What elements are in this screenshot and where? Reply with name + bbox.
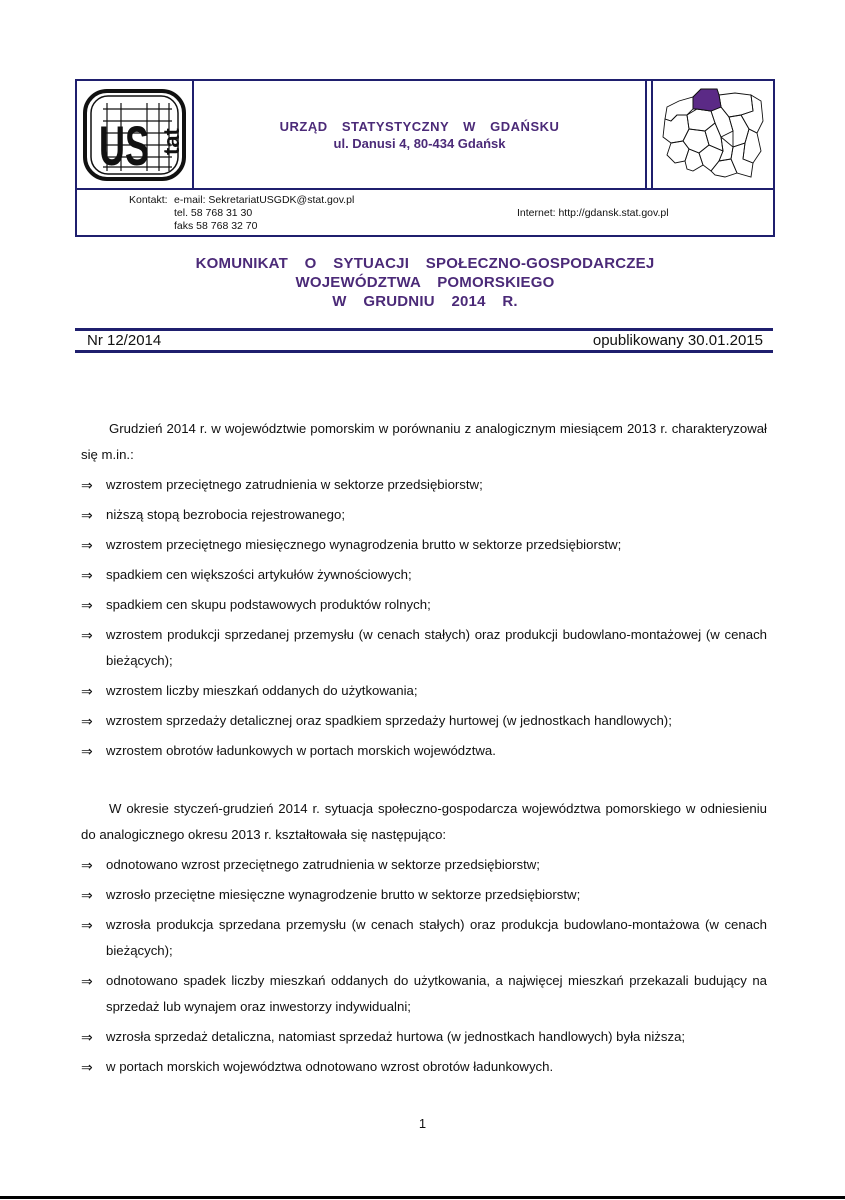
section-intro: W okresie styczeń-grudzień 2014 r. sytua… xyxy=(81,796,767,848)
pomorskie-region xyxy=(693,89,721,111)
double-arrow-icon: ⇒ xyxy=(81,738,93,764)
header-box: US tat URZĄD STATYSTYCZNY W GDAŃSKU ul. … xyxy=(75,79,775,237)
issue-number: Nr 12/2014 xyxy=(87,331,161,350)
list-item-text: wzrostem przeciętnego miesięcznego wynag… xyxy=(106,537,621,552)
list-item-text: wzrostem przeciętnego zatrudnienia w sek… xyxy=(106,477,483,492)
list-item: ⇒niższą stopą bezrobocia rejestrowanego; xyxy=(81,502,767,528)
double-arrow-icon: ⇒ xyxy=(81,1054,93,1080)
page-number: 1 xyxy=(0,1116,845,1131)
double-arrow-icon: ⇒ xyxy=(81,1024,93,1050)
bullet-list: ⇒wzrostem przeciętnego zatrudnienia w se… xyxy=(81,472,767,764)
list-item-text: wzrosło przeciętne miesięczne wynagrodze… xyxy=(106,887,580,902)
list-item: ⇒wzrosła sprzedaż detaliczna, natomiast … xyxy=(81,1024,767,1050)
list-item-text: wzrosła sprzedaż detaliczna, natomiast s… xyxy=(106,1029,685,1044)
contact-info: Kontakt: e-mail: SekretariatUSGDK@stat.g… xyxy=(77,190,773,235)
section-annual: W okresie styczeń-grudzień 2014 r. sytua… xyxy=(81,796,767,1080)
ustat-logo: US tat xyxy=(77,81,194,188)
title-line-1: KOMUNIKAT O SYTUACJI SPOŁECZNO-GOSPODARC… xyxy=(75,254,775,273)
section-intro: Grudzień 2014 r. w województwie pomorski… xyxy=(81,416,767,468)
list-item: ⇒wzrosła produkcja sprzedana przemysłu (… xyxy=(81,912,767,964)
office-name: URZĄD STATYSTYCZNY W GDAŃSKU xyxy=(280,118,560,135)
list-item-text: odnotowano spadek liczby mieszkań oddany… xyxy=(106,973,767,1014)
list-item: ⇒spadkiem cen większości artykułów żywno… xyxy=(81,562,767,588)
list-item: ⇒odnotowano spadek liczby mieszkań oddan… xyxy=(81,968,767,1020)
svg-text:tat: tat xyxy=(159,127,184,155)
double-arrow-icon: ⇒ xyxy=(81,562,93,588)
double-arrow-icon: ⇒ xyxy=(81,678,93,704)
list-item: ⇒wzrostem sprzedaży detalicznej oraz spa… xyxy=(81,708,767,734)
contact-email: e-mail: SekretariatUSGDK@stat.gov.pl xyxy=(174,194,354,207)
list-item-text: niższą stopą bezrobocia rejestrowanego; xyxy=(106,507,345,522)
list-item-text: wzrostem liczby mieszkań oddanych do uży… xyxy=(106,683,418,698)
list-item: ⇒spadkiem cen skupu podstawowych produkt… xyxy=(81,592,767,618)
list-item-text: odnotowano wzrost przeciętnego zatrudnie… xyxy=(106,857,540,872)
list-item-text: spadkiem cen większości artykułów żywnoś… xyxy=(106,567,412,582)
list-item: ⇒wzrostem obrotów ładunkowych w portach … xyxy=(81,738,767,764)
contact-fax: faks 58 768 32 70 xyxy=(174,220,257,233)
double-arrow-icon: ⇒ xyxy=(81,532,93,558)
list-item-text: wzrostem obrotów ładunkowych w portach m… xyxy=(106,743,496,758)
issue-bar: Nr 12/2014 opublikowany 30.01.2015 xyxy=(75,328,773,353)
contact-label: Kontakt: xyxy=(129,194,168,207)
list-item-text: spadkiem cen skupu podstawowych produktó… xyxy=(106,597,431,612)
double-arrow-icon: ⇒ xyxy=(81,882,93,908)
double-arrow-icon: ⇒ xyxy=(81,502,93,528)
list-item: ⇒wzrostem przeciętnego zatrudnienia w se… xyxy=(81,472,767,498)
double-arrow-icon: ⇒ xyxy=(81,968,93,994)
list-item: ⇒wzrostem przeciętnego miesięcznego wyna… xyxy=(81,532,767,558)
double-arrow-icon: ⇒ xyxy=(81,622,93,648)
poland-map xyxy=(651,81,775,188)
svg-text:US: US xyxy=(99,114,149,177)
double-arrow-icon: ⇒ xyxy=(81,912,93,938)
double-arrow-icon: ⇒ xyxy=(81,472,93,498)
ustat-logo-icon: US tat xyxy=(77,81,192,188)
list-item-text: w portach morskich województwa odnotowan… xyxy=(106,1059,553,1074)
double-arrow-icon: ⇒ xyxy=(81,708,93,734)
contact-internet: Internet: http://gdansk.stat.gov.pl xyxy=(517,207,669,220)
header-top-row: US tat URZĄD STATYSTYCZNY W GDAŃSKU ul. … xyxy=(77,81,773,190)
publication-date: opublikowany 30.01.2015 xyxy=(593,331,763,350)
list-item-text: wzrosła produkcja sprzedana przemysłu (w… xyxy=(106,917,767,958)
page-bottom-border xyxy=(0,1196,845,1199)
bullet-list: ⇒odnotowano wzrost przeciętnego zatrudni… xyxy=(81,852,767,1080)
title-line-2: WOJEWÓDZTWA POMORSKIEGO xyxy=(75,273,775,292)
document-title: KOMUNIKAT O SYTUACJI SPOŁECZNO-GOSPODARC… xyxy=(75,254,775,311)
double-arrow-icon: ⇒ xyxy=(81,592,93,618)
list-item: ⇒odnotowano wzrost przeciętnego zatrudni… xyxy=(81,852,767,878)
poland-map-icon xyxy=(653,81,775,188)
list-item: ⇒wzrostem liczby mieszkań oddanych do uż… xyxy=(81,678,767,704)
list-item: ⇒wzrosło przeciętne miesięczne wynagrodz… xyxy=(81,882,767,908)
list-item-text: wzrostem sprzedaży detalicznej oraz spad… xyxy=(106,713,672,728)
double-arrow-icon: ⇒ xyxy=(81,852,93,878)
list-item: ⇒w portach morskich województwa odnotowa… xyxy=(81,1054,767,1080)
contact-phone: tel. 58 768 31 30 xyxy=(174,207,252,220)
section-december: Grudzień 2014 r. w województwie pomorski… xyxy=(81,416,767,764)
list-item: ⇒wzrostem produkcji sprzedanej przemysłu… xyxy=(81,622,767,674)
office-heading: URZĄD STATYSTYCZNY W GDAŃSKU ul. Danusi … xyxy=(194,81,647,188)
title-line-3: W GRUDNIU 2014 R. xyxy=(75,292,775,311)
list-item-text: wzrostem produkcji sprzedanej przemysłu … xyxy=(106,627,767,668)
office-address: ul. Danusi 4, 80-434 Gdańsk xyxy=(334,135,506,152)
